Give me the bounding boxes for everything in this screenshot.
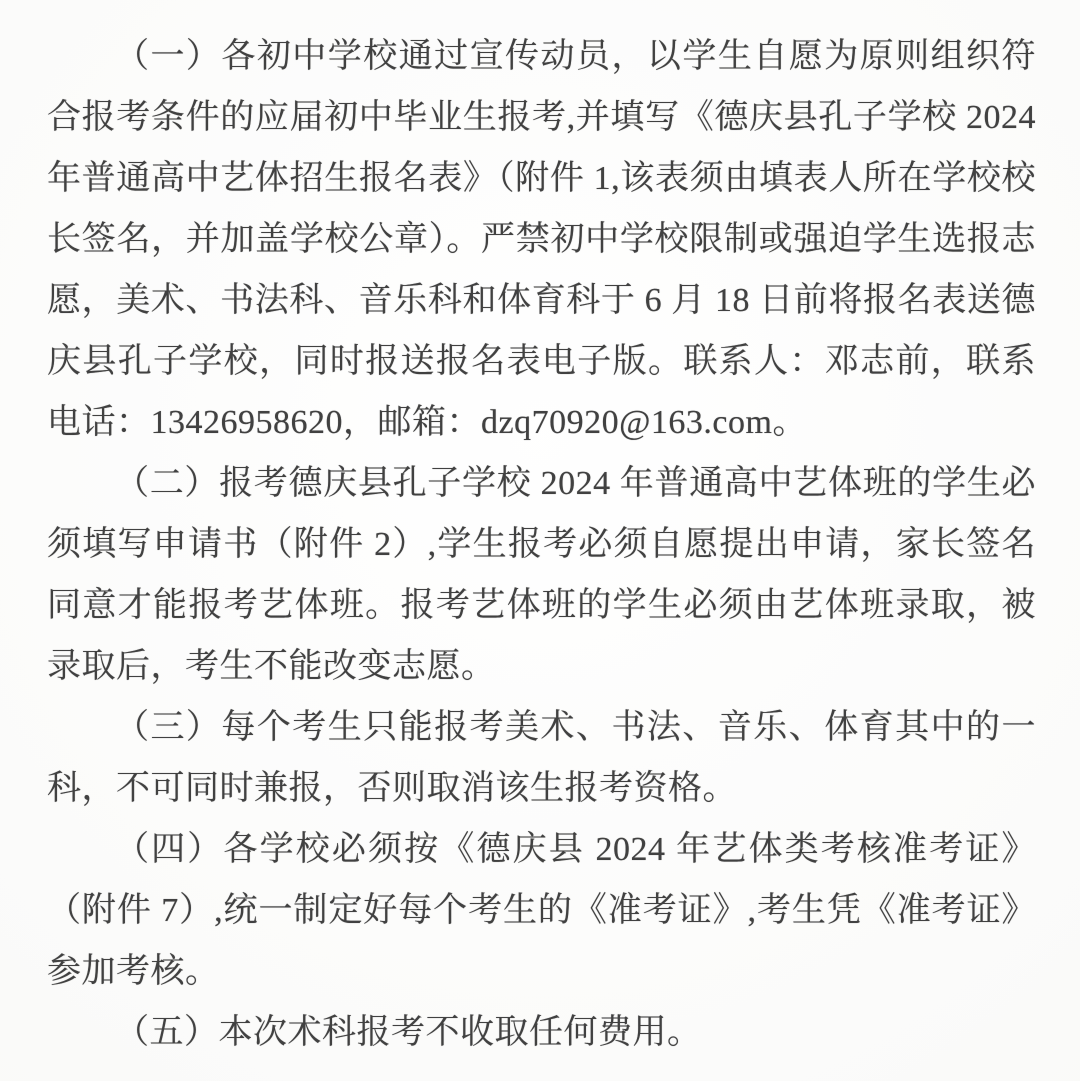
paragraph-item-1: （一）各初中学校通过宣传动员，以学生自愿为原则组织符合报考条件的应届初中毕业生报… — [47, 26, 1036, 453]
scanned-document-page: （一）各初中学校通过宣传动员，以学生自愿为原则组织符合报考条件的应届初中毕业生报… — [0, 0, 1080, 1081]
paragraph-item-4: （四）各学校必须按《德庆县 2024 年艺体类考核准考证》（附件 7）,统一制定… — [47, 819, 1036, 1002]
paragraph-item-3: （三）每个考生只能报考美术、书法、音乐、体育其中的一科，不可同时兼报，否则取消该… — [47, 697, 1036, 819]
paragraph-item-2: （二）报考德庆县孔子学校 2024 年普通高中艺体班的学生必须填写申请书（附件 … — [47, 453, 1036, 697]
paragraph-item-5: （五）本次术科报考不收取任何费用。 — [47, 1002, 1036, 1063]
